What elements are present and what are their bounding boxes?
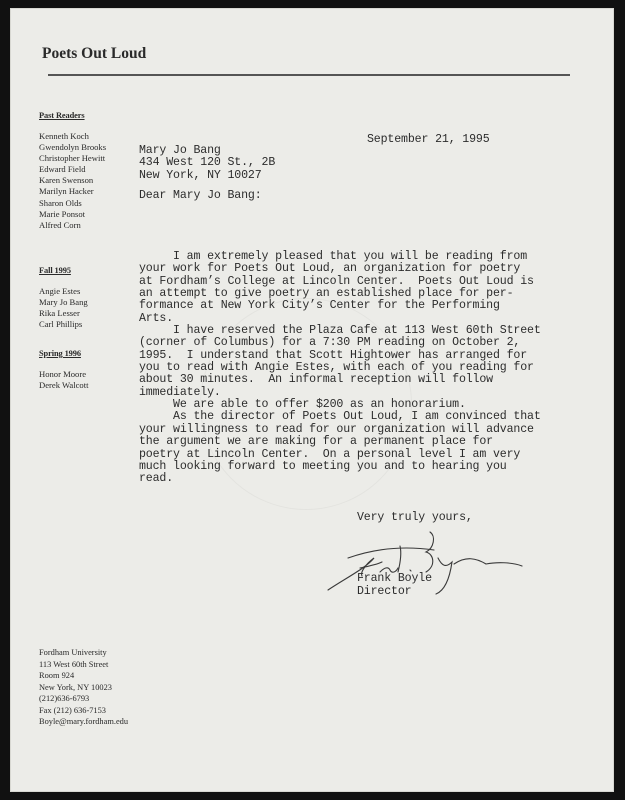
section-heading: Past Readers	[39, 111, 106, 120]
header-rule	[48, 74, 570, 76]
spring-1996-section: Spring 1996 Honor MooreDerek Walcott	[39, 349, 89, 391]
text-line: Fordham University	[39, 647, 128, 659]
text-line: your work for Poets Out Loud, an organiz…	[139, 263, 541, 275]
reader-list: Angie EstesMary Jo BangRika LesserCarl P…	[39, 286, 88, 330]
text-line: Boyle@mary.fordham.edu	[39, 716, 128, 728]
section-heading: Spring 1996	[39, 349, 89, 358]
past-readers-section: Past Readers Kenneth KochGwendolyn Brook…	[39, 111, 106, 231]
reader-list: Kenneth KochGwendolyn BrooksChristopher …	[39, 131, 106, 231]
reader-name: Alfred Corn	[39, 220, 106, 231]
text-line: 434 West 120 St., 2B	[139, 157, 275, 169]
reader-name: Karen Swenson	[39, 175, 106, 186]
reader-name: Sharon Olds	[39, 198, 106, 209]
text-line: read.	[139, 473, 541, 485]
reader-name: Edward Field	[39, 164, 106, 175]
section-heading: Fall 1995	[39, 266, 88, 275]
fall-1995-section: Fall 1995 Angie EstesMary Jo BangRika Le…	[39, 266, 88, 330]
text-line: New York, NY 10023	[39, 682, 128, 694]
reader-name: Mary Jo Bang	[39, 297, 88, 308]
signer-title: Director	[357, 586, 411, 598]
recipient-address: Mary Jo Bang434 West 120 St., 2BNew York…	[139, 145, 275, 182]
reader-name: Angie Estes	[39, 286, 88, 297]
reader-name: Rika Lesser	[39, 308, 88, 319]
reader-name: Gwendolyn Brooks	[39, 142, 106, 153]
text-line: As the director of Poets Out Loud, I am …	[139, 411, 541, 423]
text-line: New York, NY 10027	[139, 170, 275, 182]
text-line: Room 924	[39, 670, 128, 682]
text-line: formance at New York City’s Center for t…	[139, 300, 541, 312]
reader-name: Derek Walcott	[39, 380, 89, 391]
reader-name: Carl Phillips	[39, 319, 88, 330]
letter-date: September 21, 1995	[367, 133, 490, 146]
salutation: Dear Mary Jo Bang:	[139, 190, 262, 202]
reader-name: Marie Ponsot	[39, 209, 106, 220]
contact-footer: Fordham University113 West 60th StreetRo…	[39, 647, 128, 728]
text-line: Fax (212) 636-7153	[39, 705, 128, 717]
reader-name: Honor Moore	[39, 369, 89, 380]
text-line: much looking forward to meeting you and …	[139, 461, 541, 473]
reader-list: Honor MooreDerek Walcott	[39, 369, 89, 391]
organization-title: Poets Out Loud	[42, 45, 146, 63]
text-line: poetry at Lincoln Center. On a personal …	[139, 449, 541, 461]
signer-name: Frank Boyle	[357, 573, 432, 585]
text-line: about 30 minutes. An informal reception …	[139, 374, 541, 386]
text-line: (corner of Columbus) for a 7:30 PM readi…	[139, 337, 541, 349]
closing: Very truly yours,	[357, 512, 473, 524]
reader-name: Kenneth Koch	[39, 131, 106, 142]
letter-body: I am extremely pleased that you will be …	[139, 251, 541, 486]
text-line: the argument we are making for a permane…	[139, 436, 541, 448]
letter-page: Poets Out Loud Past Readers Kenneth Koch…	[10, 8, 614, 792]
text-line: (212)636-6793	[39, 693, 128, 705]
reader-name: Marilyn Hacker	[39, 186, 106, 197]
reader-name: Christopher Hewitt	[39, 153, 106, 164]
text-line: 113 West 60th Street	[39, 659, 128, 671]
